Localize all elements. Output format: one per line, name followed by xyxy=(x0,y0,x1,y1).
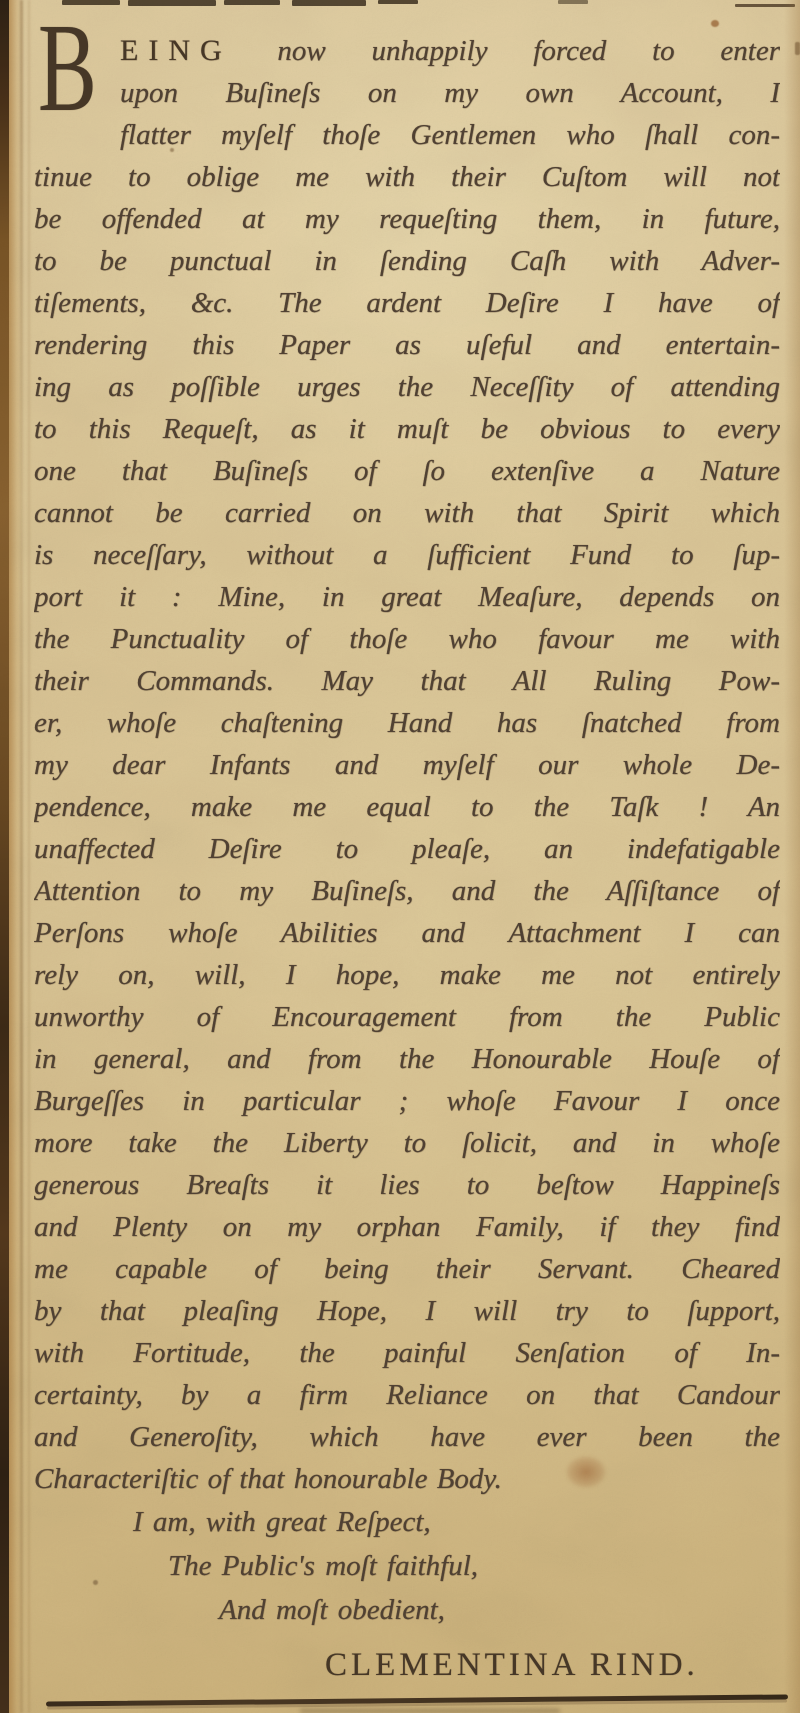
text-line: me capable of being their Servant. Chear… xyxy=(34,1248,780,1290)
paper-crease xyxy=(20,0,23,1713)
justified-lines: upon Buſineſs on my own Account, Iflatte… xyxy=(34,72,780,1458)
text-line: rely on, will, I hope, make me not entir… xyxy=(34,954,780,996)
text-line: port it : Mine, in great Meaſure, depend… xyxy=(34,576,780,618)
text-line: tiſements, &c. The ardent Deſire I have … xyxy=(34,282,780,324)
text-line: their Commands. May that All Ruling Pow- xyxy=(34,660,780,702)
text-line: unworthy of Encouragement from the Publi… xyxy=(34,996,780,1038)
page-edge-shadow xyxy=(0,0,9,1713)
text-line: generous Breaſts it lies to beſtow Happi… xyxy=(34,1164,780,1206)
text-line: Burgeſſes in particular ; whoſe Favour I… xyxy=(34,1080,780,1122)
text-line: in general, and from the Honourable Houſ… xyxy=(34,1038,780,1080)
right-edge-shading xyxy=(784,0,800,1713)
text-line: is neceſſary, without a ſufficient Fund … xyxy=(34,534,780,576)
page-edge-tan xyxy=(9,0,23,1713)
cropped-text-fragment xyxy=(300,1709,560,1713)
text-line: upon Buſineſs on my own Account, I xyxy=(120,72,780,114)
closing-line: I am, with great Reſpect, xyxy=(34,1500,780,1544)
cropped-text-fragment xyxy=(128,0,216,6)
text-line: be offended at my requeſting them, in fu… xyxy=(34,198,780,240)
cropped-text-fragment xyxy=(224,0,280,5)
text-line: Attention to my Buſineſs, and the Aſſiſt… xyxy=(34,870,780,912)
text-line: Perſons whoſe Abilities and Attachment I… xyxy=(34,912,780,954)
text-line: more take the Liberty to ſolicit, and in… xyxy=(34,1122,780,1164)
text-line: and Plenty on my orphan Family, if they … xyxy=(34,1206,780,1248)
text-line: the Punctuality of thoſe who favour me w… xyxy=(34,618,780,660)
text-line: rendering this Paper as uſeful and enter… xyxy=(34,324,780,366)
text-line: cannot be carried on with that Spirit wh… xyxy=(34,492,780,534)
text-line: unaffected Deſire to pleaſe, an indefati… xyxy=(34,828,780,870)
newspaper-page: B EING now unhappily forced to enter upo… xyxy=(0,0,800,1713)
text-line: ing as poſſible urges the Neceſſity of a… xyxy=(34,366,780,408)
signature: CLEMENTINA RIND. xyxy=(34,1642,780,1688)
opening-caps: EING xyxy=(120,34,232,67)
foxing-speck xyxy=(711,20,719,27)
first-line-rest: now unhappily forced to enter xyxy=(232,35,780,67)
text-line: with Fortitude, the painful Senſation of… xyxy=(34,1332,780,1374)
cropped-text-fragment xyxy=(292,0,366,6)
text-line: flatter myſelf thoſe Gentlemen who ſhall… xyxy=(120,114,780,156)
edge-mark xyxy=(795,42,800,55)
cropped-text-fragment xyxy=(558,0,588,4)
text-line: pendence, make me equal to the Taſk ! An xyxy=(34,786,780,828)
text-line: to this Requeſt, as it muſt be obvious t… xyxy=(34,408,780,450)
paper-crease xyxy=(28,0,30,1713)
text-line: tinue to oblige me with their Cuſtom wil… xyxy=(34,156,780,198)
text-line-first: EING now unhappily forced to enter xyxy=(120,30,780,72)
closing-line: And moſt obedient, xyxy=(34,1588,780,1632)
closing-line: The Public's moſt faithful, xyxy=(34,1544,780,1588)
text-line: to be punctual in ſending Caſh with Adve… xyxy=(34,240,780,282)
text-line: certainty, by a firm Reliance on that Ca… xyxy=(34,1374,780,1416)
adjacent-column-rule-fragment xyxy=(735,4,795,7)
bottom-rule xyxy=(46,1694,788,1706)
text-line: by that pleaſing Hope, I will try to ſup… xyxy=(34,1290,780,1332)
binding-edge xyxy=(0,0,34,1713)
text-line: and Generoſity, which have ever been the xyxy=(34,1416,780,1458)
letter-body: B EING now unhappily forced to enter upo… xyxy=(34,30,780,1688)
cropped-text-fragment xyxy=(378,0,418,4)
text-line: er, whoſe chaſtening Hand has ſnatched f… xyxy=(34,702,780,744)
text-line: one that Buſineſs of ſo extenſive a Natu… xyxy=(34,450,780,492)
drop-cap: B xyxy=(34,30,104,116)
text-line: my dear Infants and myſelf our whole De- xyxy=(34,744,780,786)
text-line-last: Characteriſtic of that honourable Body. xyxy=(34,1458,780,1500)
